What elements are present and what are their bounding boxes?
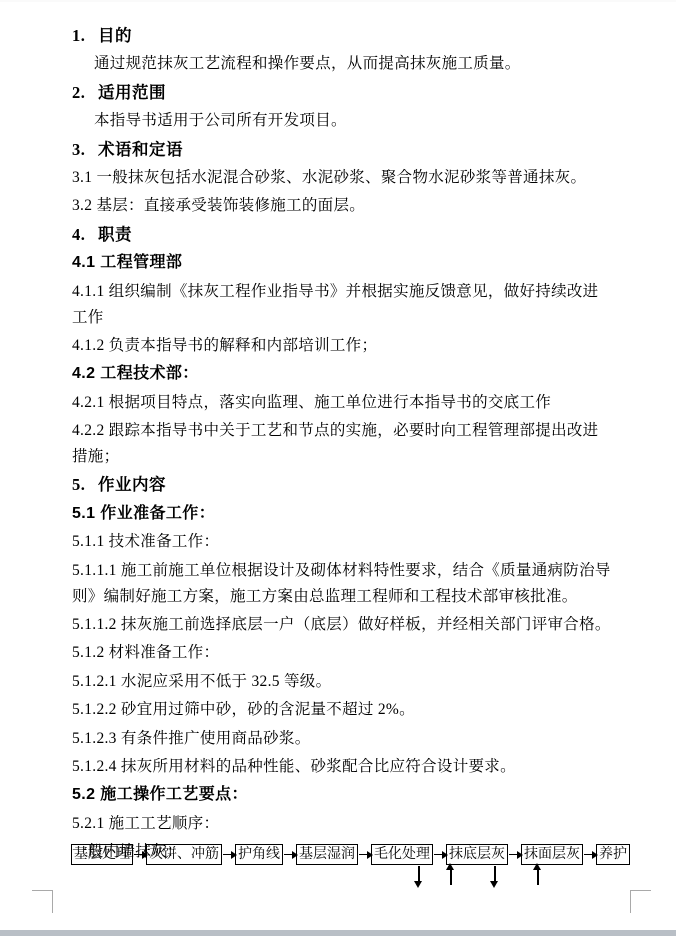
paragraph: 4.1.1 组织编制《抹灰工程作业指导书》并根据实施反馈意见，做好持续改进工作 bbox=[72, 279, 613, 331]
section-number: 1. bbox=[72, 23, 98, 49]
paragraph: 通过规范抹灰工艺流程和操作要点，从而提高抹灰施工质量。 bbox=[72, 51, 613, 77]
section-number: 5. bbox=[72, 472, 98, 498]
paragraph: 5.1.2.3 有条件推广使用商品砂浆。 bbox=[72, 726, 613, 752]
section-title: 目的 bbox=[98, 27, 132, 45]
subsection-heading: 4.1 工程管理部 bbox=[72, 250, 613, 276]
paragraph: 本指导书适用于公司所有开发项目。 bbox=[72, 108, 613, 134]
window-bottom-edge bbox=[0, 930, 676, 936]
paragraph: 4.2.1 根据项目特点，落实向监理、施工单位进行本指导书的交底工作 bbox=[72, 390, 613, 416]
paragraph: 4.1.2 负责本指导书的解释和内部培训工作； bbox=[72, 333, 613, 359]
paragraph: 5.1.2.1 水泥应采用不低于 32.5 等级。 bbox=[72, 669, 613, 695]
paragraph: 5.2.1 施工工艺顺序： bbox=[72, 811, 613, 837]
section-title: 术语和定语 bbox=[98, 141, 183, 159]
flow-arrow-right-icon bbox=[584, 854, 596, 856]
flow-arrow-up-icon bbox=[537, 870, 539, 885]
subsection-heading: 5.1 作业准备工作： bbox=[72, 501, 613, 527]
paragraph: 5.1.1.2 抹灰施工前选择底层一户（底层）做好样板，并经相关部门评审合格。 bbox=[72, 612, 613, 638]
paragraph: 4.2.2 跟踪本指导书中关于工艺和节点的实施，必要时向工程管理部提出改进措施； bbox=[72, 418, 613, 470]
flow-arrow-right-icon bbox=[434, 854, 446, 856]
flow-arrow-right-icon bbox=[359, 854, 371, 856]
flow-step: 抹底层灰 bbox=[446, 844, 508, 865]
subsection-heading: 5.2 施工操作工艺要点： bbox=[72, 782, 613, 808]
flow-arrow-right-icon bbox=[223, 854, 235, 856]
section-number: 2. bbox=[72, 80, 98, 106]
paragraph: 3.2 基层：直接承受装饰装修施工的面层。 bbox=[72, 193, 613, 219]
paragraph: 5.1.2 材料准备工作： bbox=[72, 640, 613, 666]
subsection-heading: 4.2 工程技术部： bbox=[72, 361, 613, 387]
flow-arrow-up-icon bbox=[450, 870, 452, 885]
flow-arrow-down-icon bbox=[494, 866, 496, 881]
margin-crop-mark-left bbox=[32, 890, 53, 913]
flow-arrow-right-icon bbox=[284, 854, 296, 856]
margin-crop-mark-right bbox=[630, 890, 651, 913]
section-heading: 2.适用范围 bbox=[72, 80, 613, 106]
paragraph: 5.1.1.1 施工前施工单位根据设计及砌体材料特性要求，结合《质量通病防治导则… bbox=[72, 558, 613, 610]
flow-step: 灰饼、冲筋 bbox=[146, 844, 222, 865]
flow-step: 基层处理 bbox=[71, 844, 133, 865]
paragraph: 5.1.2.4 抹灰所用材料的品种性能、砂浆配合比应符合设计要求。 bbox=[72, 754, 613, 780]
paragraph: 5.1.2.2 砂宜用过筛中砂，砂的含泥量不超过 2%。 bbox=[72, 697, 613, 723]
section-number: 3. bbox=[72, 137, 98, 163]
flow-step: 护角线 bbox=[235, 844, 283, 865]
flow-arrow-down-icon bbox=[418, 866, 420, 881]
section-title: 作业内容 bbox=[98, 476, 166, 494]
flow-arrow-right-icon bbox=[509, 854, 521, 856]
section-heading: 3.术语和定语 bbox=[72, 137, 613, 163]
section-number: 4. bbox=[72, 222, 98, 248]
section-heading: 1.目的 bbox=[72, 23, 613, 49]
flow-step: 养护 bbox=[596, 844, 630, 865]
document-body: 1.目的通过规范抹灰工艺流程和操作要点，从而提高抹灰施工质量。2.适用范围本指导… bbox=[72, 23, 613, 868]
flow-step: 毛化处理 bbox=[371, 844, 433, 865]
process-flowchart: 基层处理灰饼、冲筋护角线基层湿润毛化处理抹底层灰抹面层灰养护 bbox=[71, 844, 617, 865]
section-title: 职责 bbox=[98, 226, 132, 244]
flow-arrow-right-icon bbox=[134, 854, 146, 856]
section-heading: 4.职责 bbox=[72, 222, 613, 248]
flow-step: 抹面层灰 bbox=[521, 844, 583, 865]
section-heading: 5.作业内容 bbox=[72, 472, 613, 498]
flow-step: 基层湿润 bbox=[296, 844, 358, 865]
paragraph: 3.1 一般抹灰包括水泥混合砂浆、水泥砂浆、聚合物水泥砂浆等普通抹灰。 bbox=[72, 165, 613, 191]
document-page: 1.目的通过规范抹灰工艺流程和操作要点，从而提高抹灰施工质量。2.适用范围本指导… bbox=[0, 0, 676, 939]
paragraph: 5.1.1 技术准备工作： bbox=[72, 529, 613, 555]
section-title: 适用范围 bbox=[98, 84, 166, 102]
